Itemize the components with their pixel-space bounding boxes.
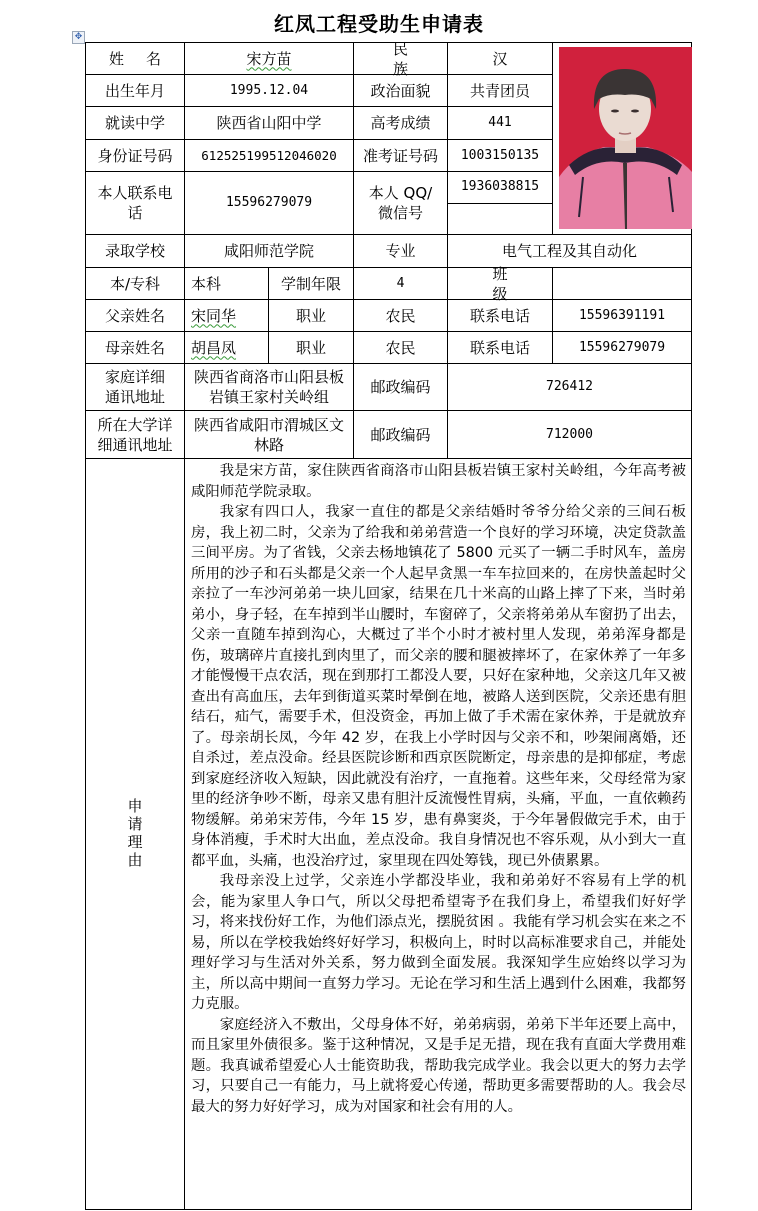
- exam-id-label: 准考证号码: [353, 139, 448, 172]
- reason-paragraph-3: 我母亲没上过学，父亲连小学都没毕业，我和弟弟好不容易有上学的机会，能为家里人争口…: [191, 871, 686, 1015]
- home-zip-value[interactable]: 726412: [447, 363, 692, 411]
- ethnicity-value[interactable]: 汉: [447, 42, 553, 75]
- phone-label: 本人联系电话: [85, 171, 185, 235]
- reason-paragraph-2: 我家有四口人，我家一直住的都是父亲结婚时爷爷分给父亲的三间石板房，我上初二时，父…: [191, 502, 686, 871]
- class-label: 班级: [447, 267, 553, 300]
- university-address-value[interactable]: 陕西省咸阳市渭城区文林路: [184, 410, 354, 459]
- admit-school-value[interactable]: 咸阳师范学院: [184, 234, 354, 268]
- mother-name-value[interactable]: 胡昌凤: [184, 331, 269, 364]
- name-value[interactable]: 宋方苗: [184, 42, 354, 75]
- political-label: 政治面貌: [353, 74, 448, 107]
- birth-value[interactable]: 1995.12.04: [184, 74, 354, 107]
- home-address-label: 家庭详细通讯地址: [85, 363, 185, 411]
- major-label: 专业: [353, 234, 448, 268]
- table-move-handle-icon[interactable]: ✥: [72, 31, 85, 44]
- home-address-value[interactable]: 陕西省商洛市山阳县板岩镇王家村关岭组: [184, 363, 354, 411]
- applicant-photo: [559, 47, 692, 229]
- mother-job-value[interactable]: 农民: [353, 331, 448, 364]
- home-zip-label: 邮政编码: [353, 363, 448, 411]
- qq-label: 本人 QQ/微信号: [353, 171, 448, 235]
- degree-label: 本/专科: [85, 267, 185, 300]
- exam-id-value[interactable]: 1003150135: [447, 139, 553, 172]
- mother-phone-label: 联系电话: [447, 331, 553, 364]
- university-zip-value[interactable]: 712000: [447, 410, 692, 459]
- mother-label: 母亲姓名: [85, 331, 185, 364]
- reason-text[interactable]: 我是宋方苗，家住陕西省商洛市山阳县板岩镇王家村关岭组，今年高考被咸阳师范学院录取…: [184, 458, 692, 1210]
- years-label: 学制年限: [268, 267, 354, 300]
- id-value[interactable]: 612525199512046020: [184, 139, 354, 172]
- ethnicity-label: 民族: [353, 42, 448, 75]
- birth-label: 出生年月: [85, 74, 185, 107]
- mother-job-label: 职业: [268, 331, 354, 364]
- father-label: 父亲姓名: [85, 299, 185, 332]
- class-value[interactable]: [552, 267, 692, 300]
- phone-value[interactable]: 15596279079: [184, 171, 354, 235]
- admit-school-label: 录取学校: [85, 234, 185, 268]
- political-value[interactable]: 共青团员: [447, 74, 553, 107]
- id-label: 身份证号码: [85, 139, 185, 172]
- reason-label: 申请理由: [85, 458, 185, 1210]
- school-label: 就读中学: [85, 106, 185, 140]
- name-label: 姓名: [85, 42, 185, 75]
- portrait-image-icon: [559, 47, 692, 229]
- gaokao-value[interactable]: 441: [447, 106, 553, 140]
- father-job-label: 职业: [268, 299, 354, 332]
- father-name-value[interactable]: 宋同华: [184, 299, 269, 332]
- years-value[interactable]: 4: [353, 267, 448, 300]
- wechat-value[interactable]: [447, 203, 553, 235]
- degree-value[interactable]: 本科: [184, 267, 269, 300]
- mother-phone-value[interactable]: 15596279079: [552, 331, 692, 364]
- father-job-value[interactable]: 农民: [353, 299, 448, 332]
- qq-value[interactable]: 1936038815: [447, 171, 553, 204]
- reason-paragraph-1: 我是宋方苗，家住陕西省商洛市山阳县板岩镇王家村关岭组，今年高考被咸阳师范学院录取…: [191, 461, 686, 502]
- document-title: 红凤工程受助生申请表: [0, 8, 758, 37]
- father-phone-label: 联系电话: [447, 299, 553, 332]
- school-value[interactable]: 陕西省山阳中学: [184, 106, 354, 140]
- university-address-label: 所在大学详细通讯地址: [85, 410, 185, 459]
- university-zip-label: 邮政编码: [353, 410, 448, 459]
- father-phone-value[interactable]: 15596391191: [552, 299, 692, 332]
- gaokao-label: 高考成绩: [353, 106, 448, 140]
- reason-paragraph-4: 家庭经济入不敷出，父母身体不好，弟弟病弱，弟弟下半年还要上高中，而且家里外债很多…: [191, 1015, 686, 1118]
